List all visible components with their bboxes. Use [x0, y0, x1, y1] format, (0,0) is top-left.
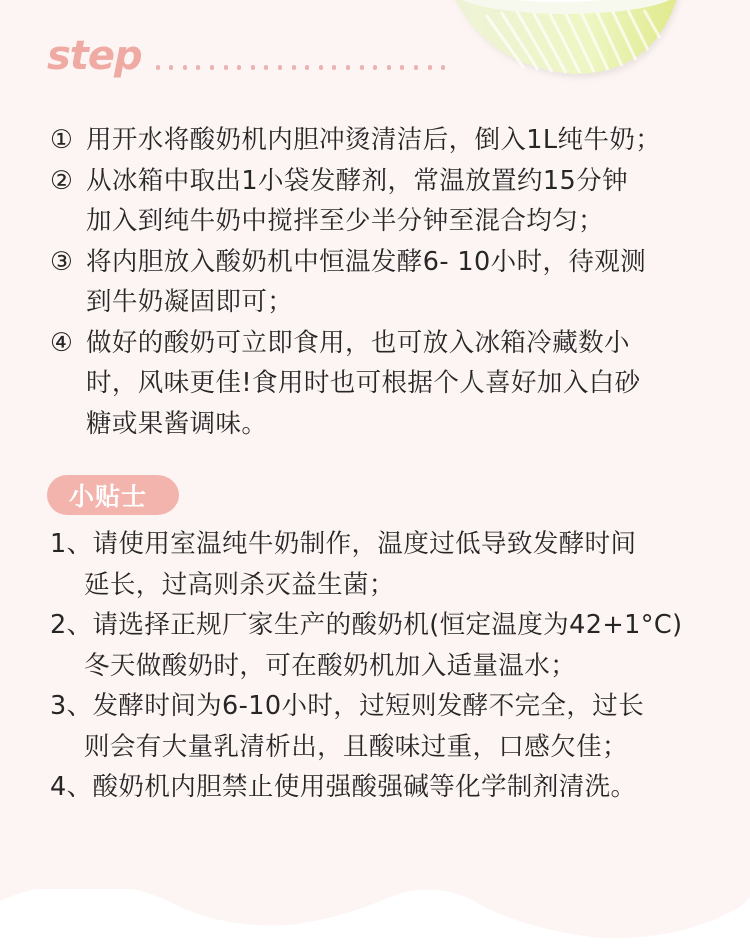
- tip-1: 1、请使用室温纯牛奶制作，温度过低导致发酵时间: [50, 524, 740, 565]
- step-heading: step: [47, 34, 445, 78]
- step-4-cont: 糖或果酱调味。: [50, 404, 740, 445]
- tips-badge-label: 小贴士: [69, 477, 147, 513]
- step-3-cont: 到牛奶凝固即可；: [50, 282, 740, 323]
- step-number: ④: [50, 323, 86, 364]
- tip-2-cont: 冬天做酸奶时，可在酸奶机加入适量温水；: [50, 646, 740, 687]
- steps-list: ①用开水将酸奶机内胆冲烫清洁后，倒入1L纯牛奶； ②从冰箱中取出1小袋发酵剂，常…: [50, 120, 740, 444]
- tip-3-cont: 则会有大量乳清析出，且酸味过重，口感欠佳；: [50, 727, 740, 768]
- tip-1-cont: 延长，过高则杀灭益生菌；: [50, 565, 740, 606]
- step-number: ①: [50, 120, 86, 161]
- step-4: ④做好的酸奶可立即食用，也可放入冰箱冷藏数小: [50, 323, 740, 364]
- tip-2: 2、请选择正规厂家生产的酸奶机(恒定温度为42+1°C): [50, 605, 740, 646]
- step-number: ③: [50, 242, 86, 283]
- step-3: ③将内胆放入酸奶机中恒温发酵6- 10小时，待观测: [50, 242, 740, 283]
- step-2-cont: 加入到纯牛奶中搅拌至少半分钟至混合均匀；: [50, 201, 740, 242]
- yogurt-bowl-image: [446, 0, 686, 85]
- tips-badge: 小贴士: [47, 475, 179, 515]
- step-number: ②: [50, 161, 86, 202]
- step-2: ②从冰箱中取出1小袋发酵剂，常温放置约15分钟: [50, 161, 740, 202]
- tip-4: 4、酸奶机内胆禁止使用强酸强碱等化学制剂清洗。: [50, 767, 740, 808]
- tips-list: 1、请使用室温纯牛奶制作，温度过低导致发酵时间 延长，过高则杀灭益生菌； 2、请…: [50, 524, 740, 808]
- tip-3: 3、发酵时间为6-10小时，过短则发酵不完全，过长: [50, 686, 740, 727]
- step-1: ①用开水将酸奶机内胆冲烫清洁后，倒入1L纯牛奶；: [50, 120, 740, 161]
- dotted-line-decoration: [156, 65, 445, 70]
- step-4-cont: 时，风味更佳!食用时也可根据个人喜好加入白砂: [50, 363, 740, 404]
- step-title: step: [47, 34, 142, 78]
- bottom-wave-decoration: [0, 889, 750, 949]
